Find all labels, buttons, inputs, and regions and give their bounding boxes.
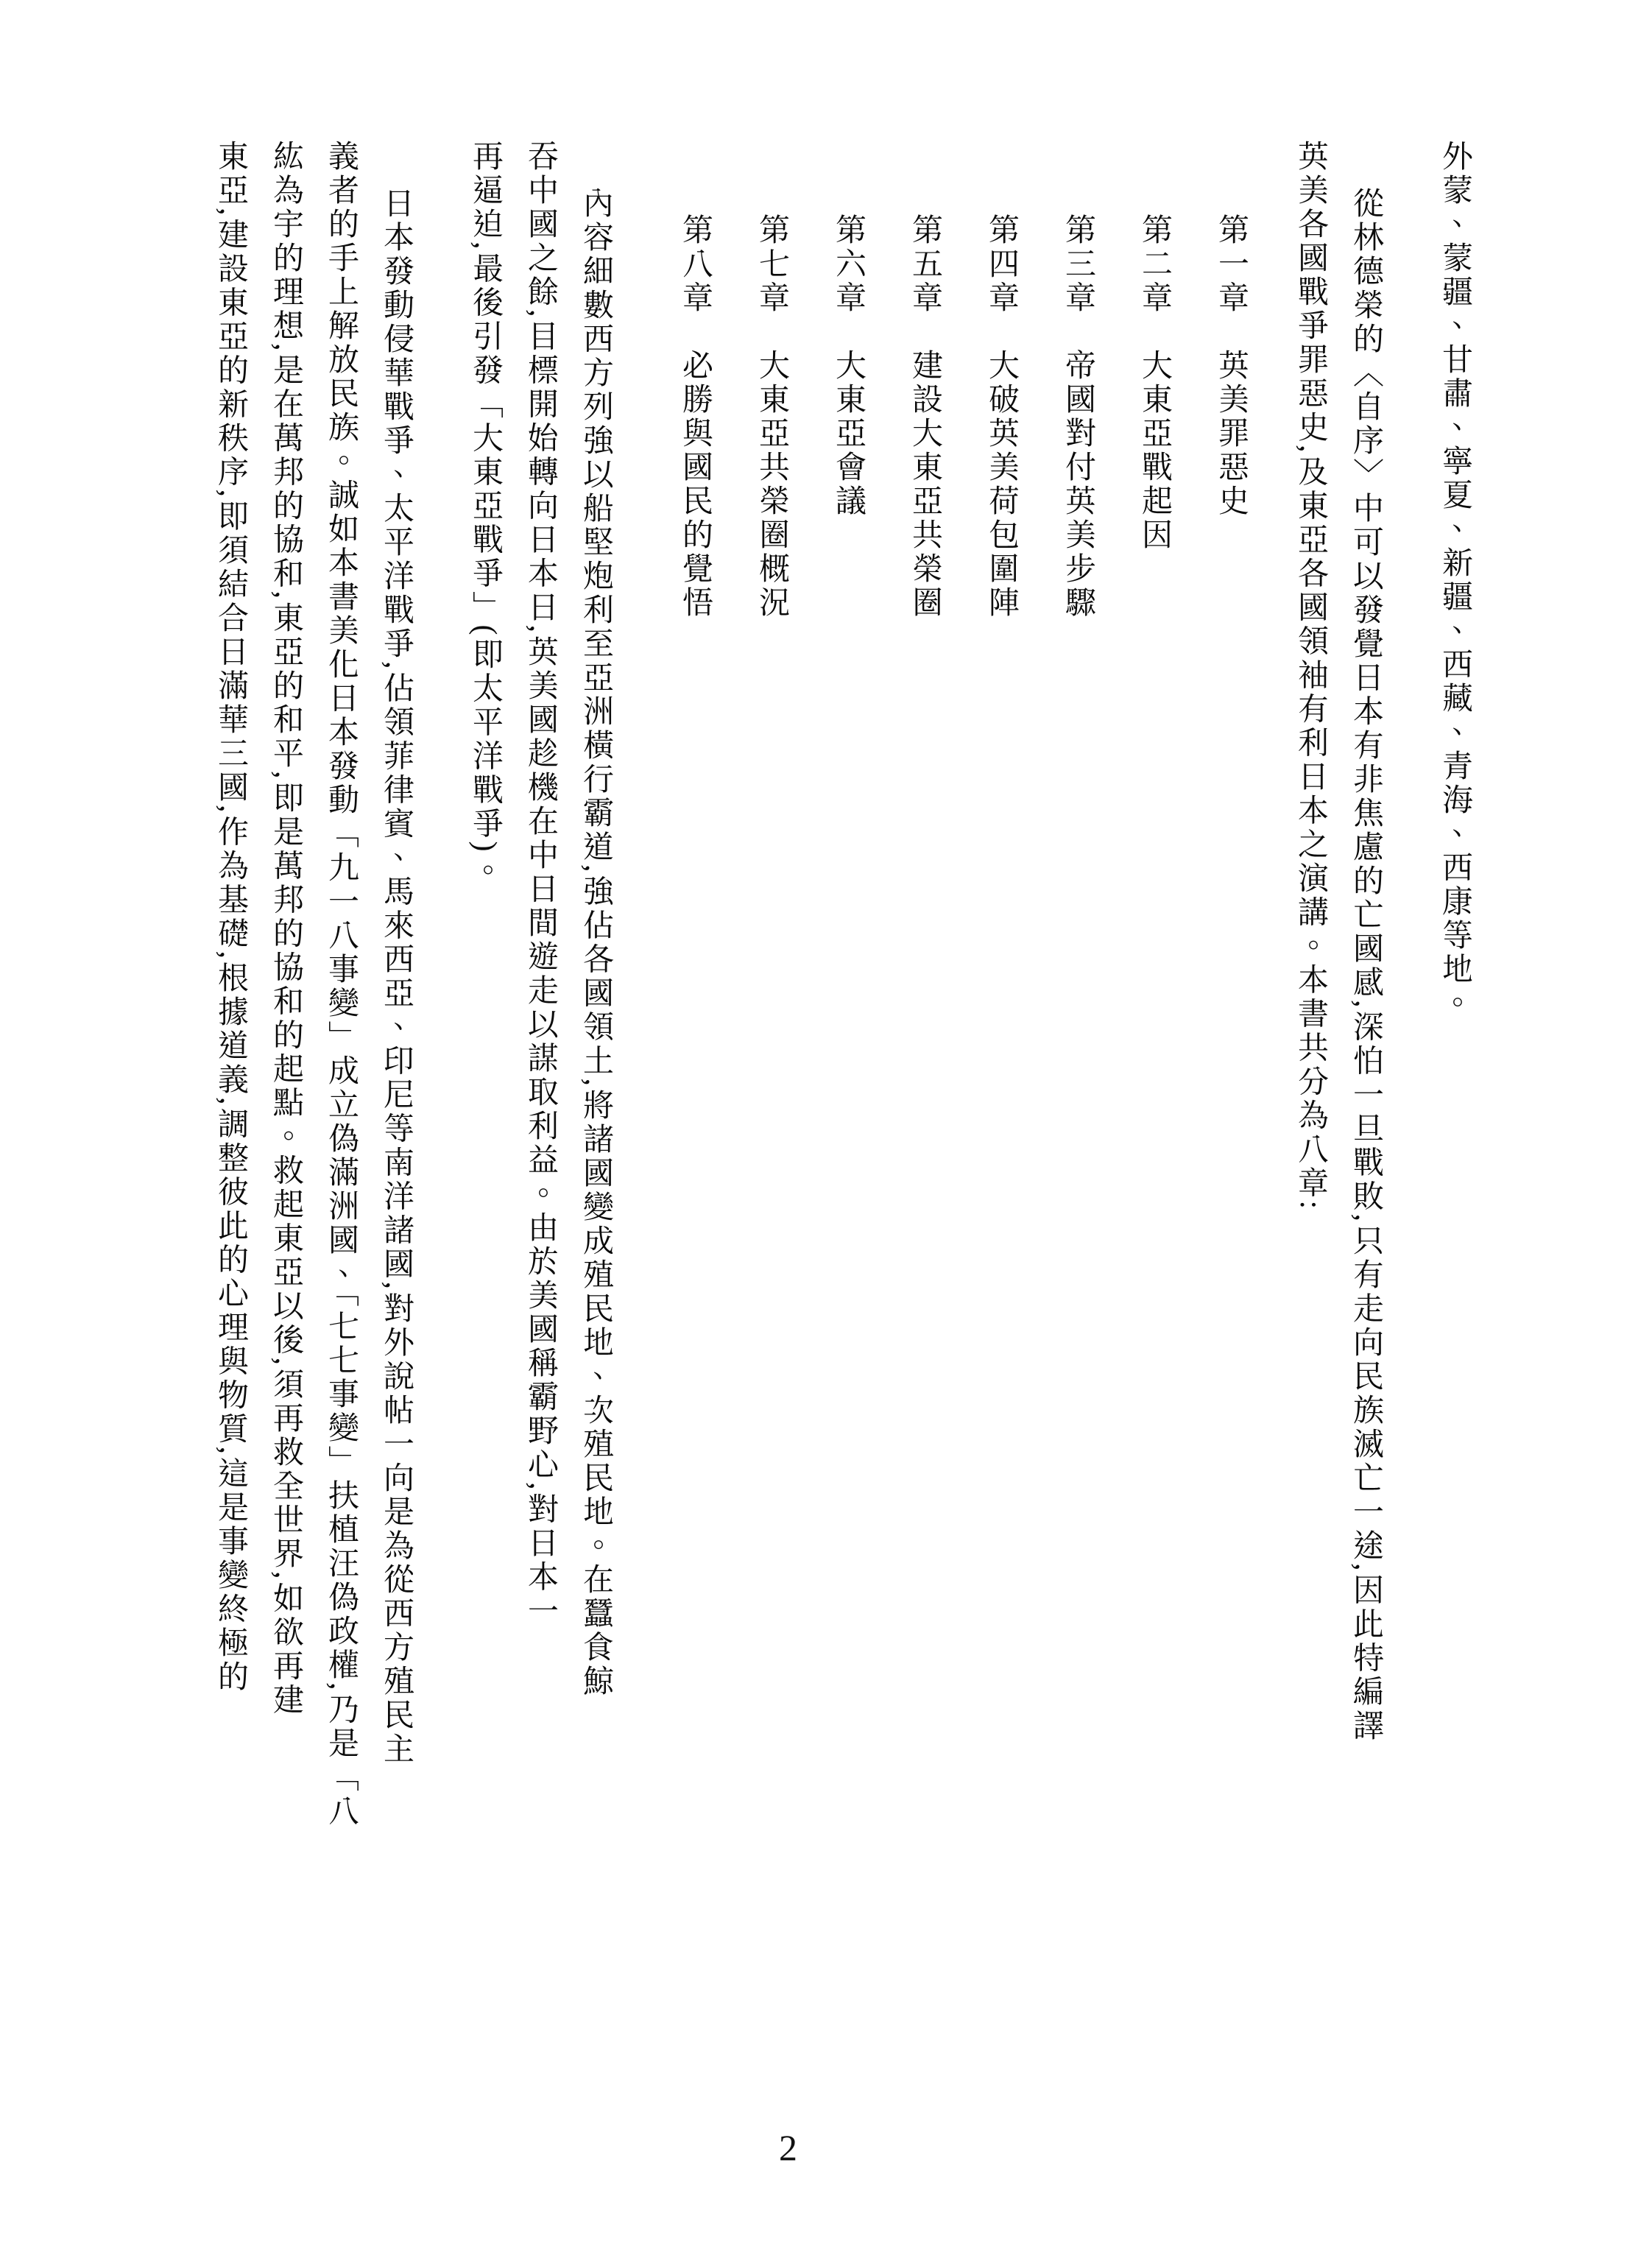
chapter-list-item: 第五章建設大東亞共榮圈 — [886, 140, 963, 1829]
document-page: 外蒙、蒙疆、甘肅、寧夏、新疆、西藏、青海、西康等地。從林德榮的〈自序〉中可以發覺… — [0, 0, 1652, 2261]
chapter-list-item: 第六章大東亞會議 — [810, 140, 886, 1829]
chapter-number: 第六章 — [831, 214, 865, 315]
text-column: 東亞,建設東亞的新秩序,即須結合日滿華三國,作為基礎,根據道義,調整彼此的心理與… — [202, 140, 258, 1829]
chapter-title: 建設大東亞共榮圈 — [908, 349, 942, 620]
chapter-list-item: 第三章帝國對付英美步驟 — [1039, 140, 1116, 1829]
chapter-list-item: 第八章必勝與國民的覺悟 — [657, 140, 733, 1829]
text-column: 再逼迫,最後引發「大東亞戰爭」(即太平洋戰爭)。 — [457, 140, 512, 1829]
chapter-list-item: 第一章英美罪惡史 — [1193, 140, 1269, 1829]
text-column: 外蒙、蒙疆、甘肅、寧夏、新疆、西藏、青海、西康等地。 — [1427, 140, 1482, 1829]
paragraph-start-column: 內容細數西方列強以船堅炮利至亞洲橫行霸道,強佔各國領土,將諸國變成殖民地、次殖民… — [568, 140, 623, 1829]
page-number: 2 — [779, 2126, 797, 2169]
chapter-number: 第三章 — [1061, 214, 1095, 315]
chapter-title: 大破英美荷包圍陣 — [984, 349, 1018, 620]
chapter-title: 大東亞會議 — [831, 349, 865, 518]
text-column: 義者的手上解放民族。誠如本書美化日本發動「九一八事變」成立偽滿洲國、「七七事變」… — [313, 140, 368, 1829]
text-column: 吞中國之餘,目標開始轉向日本日,英美國趁機在中日間遊走以謀取利益。由於美國稱霸野… — [512, 140, 568, 1829]
chapter-number: 第七章 — [755, 214, 788, 315]
chapter-title: 大東亞共榮圈概況 — [755, 349, 788, 620]
chapter-number: 第五章 — [908, 214, 942, 315]
chapter-list-item: 第七章大東亞共榮圈概況 — [733, 140, 810, 1829]
chapter-list-item: 第二章大東亞戰起因 — [1116, 140, 1193, 1829]
paragraph-start-column: 日本發動侵華戰爭、太平洋戰爭,佔領菲律賓、馬來西亞、印尼等南洋諸國,對外說帖一向… — [368, 140, 423, 1829]
paragraph-start-column: 從林德榮的〈自序〉中可以發覺日本有非焦慮的亡國感,深怕一旦戰敗,只有走向民族滅亡… — [1338, 140, 1393, 1829]
page-text-block: 外蒙、蒙疆、甘肅、寧夏、新疆、西藏、青海、西康等地。從林德榮的〈自序〉中可以發覺… — [202, 140, 1482, 1829]
text-column: 英美各國戰爭罪惡史,及東亞各國領袖有利日本之演講。本書共分為八章: — [1282, 140, 1338, 1829]
chapter-number: 第四章 — [984, 214, 1018, 315]
chapter-number: 第八章 — [678, 214, 712, 315]
chapter-title: 必勝與國民的覺悟 — [678, 349, 712, 620]
chapter-number: 第二章 — [1137, 214, 1171, 315]
text-column: 紘為宇的理想,是在萬邦的協和,東亞的和平,即是萬邦的協和的起點。救起東亞以後,須… — [258, 140, 313, 1829]
chapter-title: 帝國對付英美步驟 — [1061, 349, 1095, 620]
chapter-number: 第一章 — [1214, 214, 1248, 315]
chapter-title: 大東亞戰起因 — [1137, 349, 1171, 552]
chapter-list-item: 第四章大破英美荷包圍陣 — [963, 140, 1039, 1829]
chapter-title: 英美罪惡史 — [1214, 349, 1248, 518]
